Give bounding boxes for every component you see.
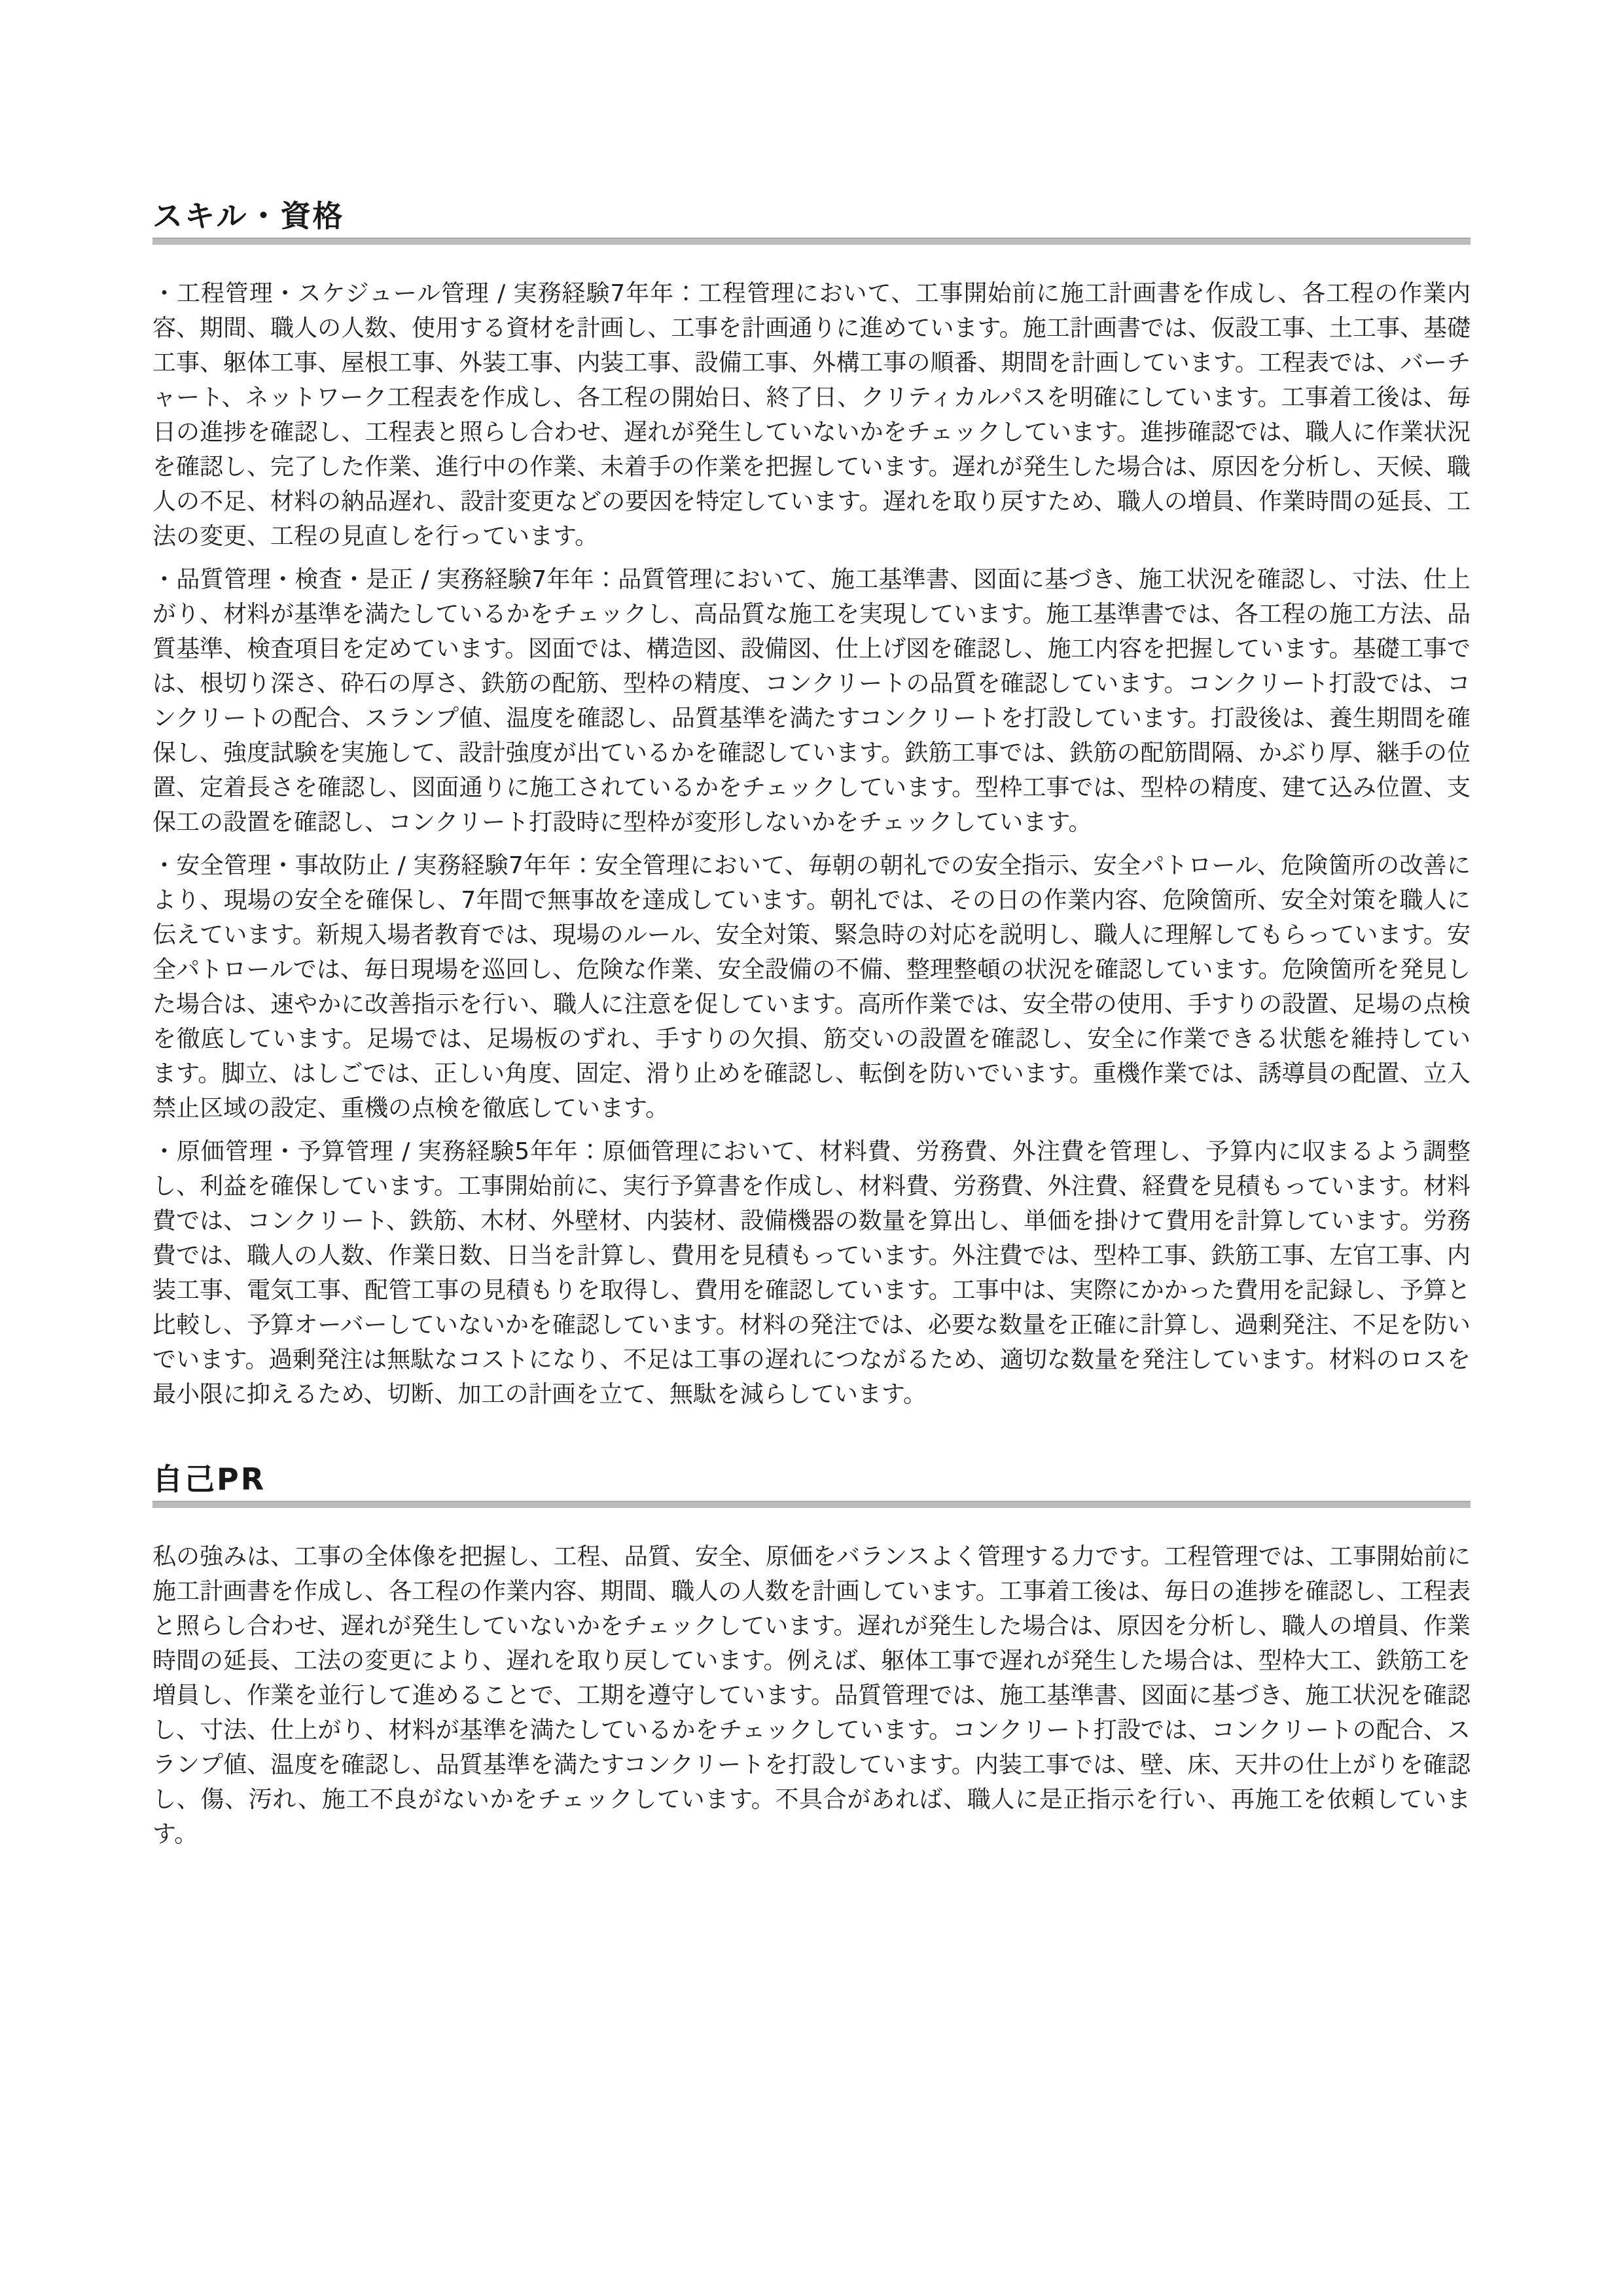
skill-item-safety-management: ・安全管理・事故防止 / 実務経験7年年：安全管理において、毎朝の朝礼での安全指… [152,848,1471,1126]
self-pr-section-title: 自己PR [152,1463,1471,1496]
skills-section-title: スキル・資格 [152,200,1471,232]
skills-section-body: ・工程管理・スケジュール管理 / 実務経験7年年：工程管理において、工事開始前に… [152,276,1471,1412]
skills-section-divider [152,238,1471,245]
section-skills: スキル・資格 ・工程管理・スケジュール管理 / 実務経験7年年：工程管理において… [152,200,1471,1412]
skill-item-schedule-management: ・工程管理・スケジュール管理 / 実務経験7年年：工程管理において、工事開始前に… [152,276,1471,554]
section-self-pr: 自己PR 私の強みは、工事の全体像を把握し、工程、品質、安全、原価をバランスよく… [152,1463,1471,1852]
resume-page: スキル・資格 ・工程管理・スケジュール管理 / 実務経験7年年：工程管理において… [0,0,1623,2296]
self-pr-section-divider [152,1501,1471,1508]
self-pr-section-body: 私の強みは、工事の全体像を把握し、工程、品質、安全、原価をバランスよく管理する力… [152,1539,1471,1852]
skill-item-quality-management: ・品質管理・検査・是正 / 実務経験7年年：品質管理において、施工基準書、図面に… [152,562,1471,840]
skill-item-cost-management: ・原価管理・予算管理 / 実務経験5年年：原価管理において、材料費、労務費、外注… [152,1134,1471,1412]
self-pr-text: 私の強みは、工事の全体像を把握し、工程、品質、安全、原価をバランスよく管理する力… [152,1539,1471,1852]
